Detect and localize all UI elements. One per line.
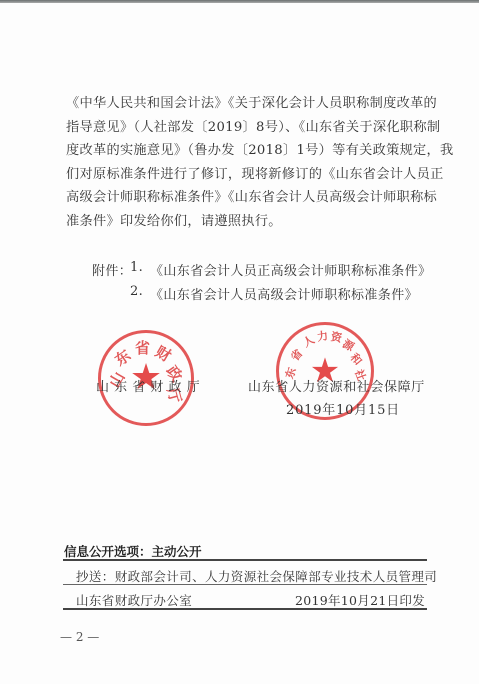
issuing-office: 山东省财政厅办公室 bbox=[76, 591, 192, 609]
divider-line bbox=[63, 559, 427, 561]
signatory-hrss: 山东省人力资源和社会保障厅 bbox=[248, 376, 425, 395]
body-line: 们对原标准条件进行了修订，现将新修订的《山东省会计人员正 bbox=[66, 163, 428, 187]
cc-recipients: 抄送：财政部会计司、人力资源社会保障部专业技术人员管理司 bbox=[76, 567, 437, 585]
body-line: 指导意见》（人社部发〔2019〕8号）、《山东省关于深化职称制 bbox=[66, 116, 428, 140]
signatory-finance: 山 东 省 财 政 厅 bbox=[96, 376, 200, 395]
attachment-title: 《山东省会计人员高级会计师职称标准条件》 bbox=[150, 284, 418, 303]
signature-date: 2019年10月15日 bbox=[286, 399, 400, 418]
body-paragraph: 《中华人民共和国会计法》《关于深化会计人员职称制度改革的 指导意见》（人社部发〔… bbox=[66, 92, 428, 234]
scan-edge bbox=[0, 0, 479, 3]
attachment-label: 附件： bbox=[92, 260, 132, 279]
body-line: 度改革的实施意见》（鲁办发〔2018〕1号）等有关政策规定，我 bbox=[66, 139, 428, 163]
body-line: 《中华人民共和国会计法》《关于深化会计人员职称制度改革的 bbox=[66, 92, 428, 116]
divider-line bbox=[63, 584, 427, 585]
body-line: 准条件》印发给你们，请遵照执行。 bbox=[66, 210, 428, 234]
seal-char: 省 bbox=[287, 346, 306, 365]
info-disclosure-option: 信息公开选项：主动公开 bbox=[64, 542, 202, 560]
attachment-title: 《山东省会计人员正高级会计师职称标准条件》 bbox=[150, 260, 431, 279]
divider-line bbox=[63, 608, 427, 610]
seal-char: 资 bbox=[330, 328, 344, 346]
attachment-num: 2. bbox=[130, 284, 143, 299]
attachment-num: 1. bbox=[130, 260, 143, 275]
page-number: — 2 — bbox=[60, 630, 99, 644]
body-line: 高级会计师职称标准条件》《山东省会计人员高级会计师职称标 bbox=[66, 186, 428, 210]
seal-char: 人 bbox=[300, 331, 318, 350]
issue-date: 2019年10月21日印发 bbox=[295, 591, 425, 609]
seal-char: 省 bbox=[135, 337, 150, 358]
seal-char: 力 bbox=[316, 327, 330, 345]
